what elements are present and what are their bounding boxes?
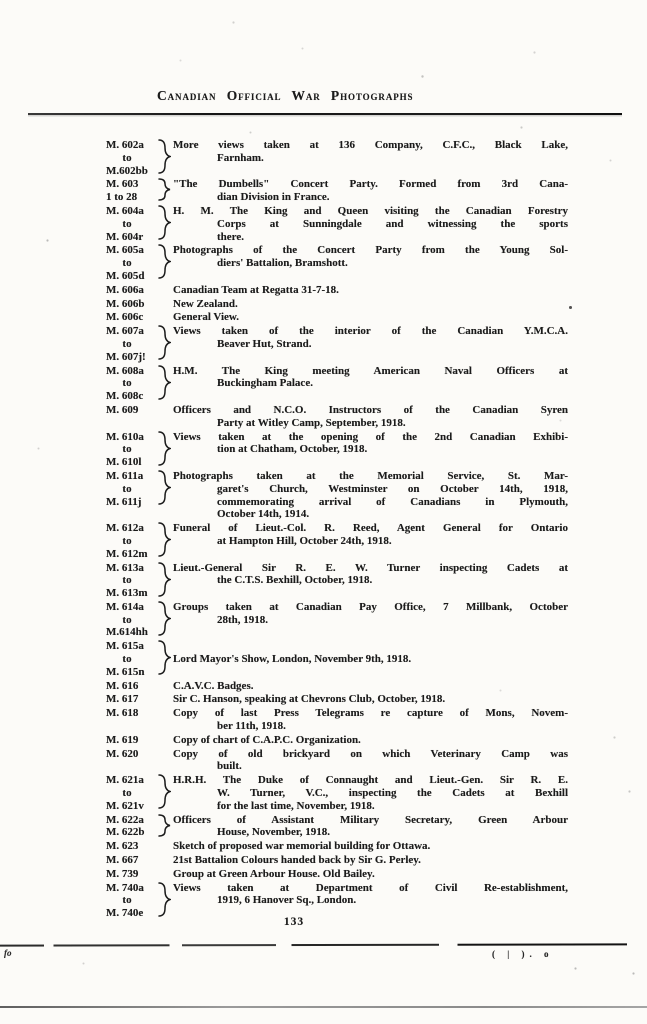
photo-ref: M. 623	[106, 840, 156, 853]
catalog-entry: M. 602atoM.602bbMore views taken at 136 …	[106, 139, 568, 177]
entry-description-line: Officers and N.C.O. Instructors of the C…	[173, 404, 568, 417]
photo-ref: M. 609	[106, 404, 156, 417]
photo-ref: M. 622a	[106, 814, 156, 827]
photo-number-column: M. 609	[106, 404, 156, 430]
catalog-entry: M. 614atoM.614hhGroups taken at Canadian…	[106, 601, 568, 639]
catalog-entry: M. 605atoM. 605dPhotographs of the Conce…	[106, 244, 568, 282]
entry-description: H.M. The King meeting American Naval Off…	[173, 365, 568, 403]
page-edge-line	[0, 1006, 647, 1008]
entry-description-line: More views taken at 136 Company, C.F.C.,…	[173, 139, 568, 152]
entry-description-line: dian Division in France.	[173, 191, 568, 204]
brace-column	[156, 640, 173, 678]
curly-brace-icon	[158, 640, 171, 675]
photo-ref: M. 613m	[106, 587, 156, 600]
entry-description-line: for the last time, November, 1918.	[173, 800, 568, 813]
entry-description-line: the C.T.S. Bexhill, October, 1918.	[173, 574, 568, 587]
photo-ref: to	[106, 338, 156, 351]
photo-number-column: M. 614atoM.614hh	[106, 601, 156, 639]
photo-ref: M. 613a	[106, 562, 156, 575]
photo-ref: M. 607j!	[106, 351, 156, 364]
entry-description-line: Sketch of proposed war memorial building…	[173, 840, 568, 853]
entry-description-line: H.R.H. The Duke of Connaught and Lieut.-…	[173, 774, 568, 787]
entry-description: Copy of last Press Telegrams re capture …	[173, 707, 568, 733]
photo-ref: M. 611a	[106, 470, 156, 483]
entry-description: Officers of Assistant Military Secretary…	[173, 814, 568, 840]
photo-number-column: M. 739	[106, 868, 156, 881]
photo-ref: M. 604a	[106, 205, 156, 218]
catalog-entry: M. 612atoM. 612mFuneral of Lieut.-Col. R…	[106, 522, 568, 560]
brace-column	[156, 693, 173, 706]
photo-ref: M. 612a	[106, 522, 156, 535]
catalog-entry: M. 607atoM. 607j!Views taken of the inte…	[106, 325, 568, 363]
entry-description-line: W. Turner, V.C., inspecting the Cadets a…	[173, 787, 568, 800]
photo-ref: M. 612m	[106, 548, 156, 561]
photo-ref: M. 604r	[106, 231, 156, 244]
photo-ref: M.602bb	[106, 165, 156, 178]
curly-brace-icon	[158, 601, 171, 636]
scanned-document-page: Canadian Official War Photographs M. 602…	[0, 0, 647, 1024]
photo-ref: 1 to 28	[106, 191, 156, 204]
catalog-entry: M. 609Officers and N.C.O. Instructors of…	[106, 404, 568, 430]
brace-column	[156, 562, 173, 600]
entry-description-line: General View.	[173, 311, 568, 324]
entry-description-line: Beaver Hut, Strand.	[173, 338, 568, 351]
entry-description: C.A.V.C. Badges.	[173, 680, 568, 693]
catalog-entry: M. 613atoM. 613mLieut.-General Sir R. E.…	[106, 562, 568, 600]
brace-column	[156, 774, 173, 812]
entry-description-line: Sir C. Hanson, speaking at Chevrons Club…	[173, 693, 568, 706]
entry-description: Sir C. Hanson, speaking at Chevrons Club…	[173, 693, 568, 706]
catalog-entry: M. 620Copy of old brickyard on which Vet…	[106, 748, 568, 774]
entry-description: Officers and N.C.O. Instructors of the C…	[173, 404, 568, 430]
photo-ref: M. 622b	[106, 826, 156, 839]
brace-column	[156, 284, 173, 297]
entry-description-line: Groups taken at Canadian Pay Office, 7 M…	[173, 601, 568, 614]
photo-number-column: M. 602atoM.602bb	[106, 139, 156, 177]
photo-ref: M.614hh	[106, 626, 156, 639]
brace-column	[156, 680, 173, 693]
curly-brace-icon	[158, 774, 171, 809]
catalog-entry: M. 604atoM. 604rH. M. The King and Queen…	[106, 205, 568, 243]
photo-ref: M. 607a	[106, 325, 156, 338]
page-title: Canadian Official War Photographs	[157, 88, 413, 104]
photo-number-column: M. 611atoM. 611j	[106, 470, 156, 521]
brace-column	[156, 522, 173, 560]
photo-ref: M. 608c	[106, 390, 156, 403]
corner-mark: fo	[4, 948, 12, 958]
curly-brace-icon	[158, 522, 171, 557]
entry-description: Views taken at Department of Civil Re-es…	[173, 882, 568, 920]
curly-brace-icon	[158, 139, 171, 174]
catalog-entry: M. 606cGeneral View.	[106, 311, 568, 324]
brace-column	[156, 854, 173, 867]
entry-description: H. M. The King and Queen visiting the Ca…	[173, 205, 568, 243]
curly-brace-icon	[158, 178, 171, 201]
stray-ink-marks: ( | ). o	[492, 949, 553, 959]
entry-description-line: C.A.V.C. Badges.	[173, 680, 568, 693]
catalog-entry: M. 618Copy of last Press Telegrams re ca…	[106, 707, 568, 733]
brace-column	[156, 205, 173, 243]
brace-column	[156, 325, 173, 363]
photo-ref: M. 606c	[106, 311, 156, 324]
entry-description: Copy of old brickyard on which Veterinar…	[173, 748, 568, 774]
photo-ref: to	[106, 894, 156, 907]
photo-ref: M. 618	[106, 707, 156, 720]
photo-ref: M. 610l	[106, 456, 156, 469]
entry-description-line: Funeral of Lieut.-Col. R. Reed, Agent Ge…	[173, 522, 568, 535]
photo-ref: to	[106, 614, 156, 627]
photo-ref: to	[106, 218, 156, 231]
entry-description-line: diers' Battalion, Bramshott.	[173, 257, 568, 270]
entry-description-line: H.M. The King meeting American Naval Off…	[173, 365, 568, 378]
entry-description: Views taken of the interior of the Canad…	[173, 325, 568, 363]
photo-ref: M. 602a	[106, 139, 156, 152]
photo-number-column: M. 613atoM. 613m	[106, 562, 156, 600]
entry-description-line: Views taken of the interior of the Canad…	[173, 325, 568, 338]
photo-number-column: M. 622aM. 622b	[106, 814, 156, 840]
entry-description-line: at Hampton Hill, October 24th, 1918.	[173, 535, 568, 548]
photo-ref: M. 603	[106, 178, 156, 191]
catalog-entry: M. 616C.A.V.C. Badges.	[106, 680, 568, 693]
photo-ref: M. 615n	[106, 666, 156, 679]
entry-description: H.R.H. The Duke of Connaught and Lieut.-…	[173, 774, 568, 812]
photo-number-column: M. 616	[106, 680, 156, 693]
catalog-entry: M. 619Copy of chart of C.A.P.C. Organiza…	[106, 734, 568, 747]
photo-ref: to	[106, 377, 156, 390]
photo-number-column: M. 619	[106, 734, 156, 747]
catalog-entry: M. 610atoM. 610lViews taken at the openi…	[106, 431, 568, 469]
curly-brace-icon	[158, 470, 171, 505]
entry-description: Photographs taken at the Memorial Servic…	[173, 470, 568, 521]
photo-ref: to	[106, 787, 156, 800]
entry-description-line: Farnham.	[173, 152, 568, 165]
photo-number-column: M. 605atoM. 605d	[106, 244, 156, 282]
brace-column	[156, 734, 173, 747]
entry-description-line: commemorating arrival of Canadians in Pl…	[173, 496, 568, 509]
brace-column	[156, 404, 173, 430]
brace-column	[156, 882, 173, 920]
photo-ref: to	[106, 443, 156, 456]
photo-number-column: M. 615atoM. 615n	[106, 640, 156, 678]
entry-description: Group at Green Arbour House. Old Bailey.	[173, 868, 568, 881]
curly-brace-icon	[158, 882, 171, 917]
photo-number-column: M. 740atoM. 740e	[106, 882, 156, 920]
catalog-entry: M. 606aCanadian Team at Regatta 31-7-18.	[106, 284, 568, 297]
photo-number-column: M. 606c	[106, 311, 156, 324]
photo-ref: M. 605d	[106, 270, 156, 283]
photo-ref: to	[106, 574, 156, 587]
photo-ref: M. 621v	[106, 800, 156, 813]
photo-ref: to	[106, 483, 156, 496]
entry-description-line: Photographs taken at the Memorial Servic…	[173, 470, 568, 483]
entry-description-line: Views taken at Department of Civil Re-es…	[173, 882, 568, 895]
photo-ref: M. 616	[106, 680, 156, 693]
photo-ref: M. 740a	[106, 882, 156, 895]
entry-description-line: Officers of Assistant Military Secretary…	[173, 814, 568, 827]
brace-column	[156, 868, 173, 881]
photo-number-column: M. 607atoM. 607j!	[106, 325, 156, 363]
photo-number-column: M. 606b	[106, 298, 156, 311]
curly-brace-icon	[158, 205, 171, 240]
entry-description: Lord Mayor's Show, London, November 9th,…	[173, 640, 568, 678]
entry-description: Funeral of Lieut.-Col. R. Reed, Agent Ge…	[173, 522, 568, 560]
photo-ref: M. 619	[106, 734, 156, 747]
brace-column	[156, 298, 173, 311]
photo-ref: M. 620	[106, 748, 156, 761]
brace-column	[156, 601, 173, 639]
photo-number-column: M. 621atoM. 621v	[106, 774, 156, 812]
photo-ref: to	[106, 152, 156, 165]
photo-ref: M. 739	[106, 868, 156, 881]
entry-description-line: there.	[173, 231, 568, 244]
brace-column	[156, 244, 173, 282]
brace-column	[156, 707, 173, 733]
entry-description-line: 21st Battalion Colours handed back by Si…	[173, 854, 568, 867]
catalog-entry: M. 611atoM. 611jPhotographs taken at the…	[106, 470, 568, 521]
photo-number-column: M. 6031 to 28	[106, 178, 156, 204]
photo-number-column: M. 608atoM. 608c	[106, 365, 156, 403]
entry-description: 21st Battalion Colours handed back by Si…	[173, 854, 568, 867]
photo-ref: to	[106, 257, 156, 270]
entry-description-line: October 14th, 1914.	[173, 508, 568, 521]
catalog-entry: M. 6031 to 28"The Dumbells" Concert Part…	[106, 178, 568, 204]
brace-column	[156, 311, 173, 324]
entry-description: Sketch of proposed war memorial building…	[173, 840, 568, 853]
photo-ref: M. 617	[106, 693, 156, 706]
catalog-entry: M. 622aM. 622bOfficers of Assistant Mili…	[106, 814, 568, 840]
photo-ref: M. 610a	[106, 431, 156, 444]
photo-ref: M. 615a	[106, 640, 156, 653]
entry-description-line: Copy of chart of C.A.P.C. Organization.	[173, 734, 568, 747]
entry-description: Groups taken at Canadian Pay Office, 7 M…	[173, 601, 568, 639]
photo-ref: M. 740e	[106, 907, 156, 920]
scan-tear-line	[0, 943, 627, 946]
brace-column	[156, 431, 173, 469]
photo-ref: M. 606b	[106, 298, 156, 311]
header-rule	[28, 113, 622, 115]
entry-description-line: 1919, 6 Hanover Sq., London.	[173, 894, 568, 907]
scan-noise-specks	[0, 0, 1, 1]
photo-number-column: M. 604atoM. 604r	[106, 205, 156, 243]
catalog-entry: M. 621atoM. 621vH.R.H. The Duke of Conna…	[106, 774, 568, 812]
brace-column	[156, 178, 173, 204]
entry-description-line: Photographs of the Concert Party from th…	[173, 244, 568, 257]
photo-ref: M. 667	[106, 854, 156, 867]
photo-number-column: M. 606a	[106, 284, 156, 297]
entry-description-line: Lieut.-General Sir R. E. W. Turner inspe…	[173, 562, 568, 575]
catalog-entry: M. 608atoM. 608cH.M. The King meeting Am…	[106, 365, 568, 403]
brace-column	[156, 139, 173, 177]
curly-brace-icon	[158, 244, 171, 279]
photo-ref: M. 606a	[106, 284, 156, 297]
entry-description-line: tion at Chatham, October, 1918.	[173, 443, 568, 456]
entry-description-line: Buckingham Palace.	[173, 377, 568, 390]
entry-description: General View.	[173, 311, 568, 324]
entry-description-line: built.	[173, 760, 568, 773]
entry-description-line: Copy of last Press Telegrams re capture …	[173, 707, 568, 720]
photo-ref: to	[106, 535, 156, 548]
catalog-entry: M. 606bNew Zealand.	[106, 298, 568, 311]
entry-description: More views taken at 136 Company, C.F.C.,…	[173, 139, 568, 177]
entry-description-line: 28th, 1918.	[173, 614, 568, 627]
photo-number-column: M. 617	[106, 693, 156, 706]
entry-description-line: Group at Green Arbour House. Old Bailey.	[173, 868, 568, 881]
entry-description: Photographs of the Concert Party from th…	[173, 244, 568, 282]
entry-description: Lieut.-General Sir R. E. W. Turner inspe…	[173, 562, 568, 600]
page-number: 133	[276, 916, 312, 928]
photo-ref: M. 608a	[106, 365, 156, 378]
curly-brace-icon	[158, 365, 171, 400]
entry-description-line: H. M. The King and Queen visiting the Ca…	[173, 205, 568, 218]
entry-description: "The Dumbells" Concert Party. Formed fro…	[173, 178, 568, 204]
catalog-entry: M. 617Sir C. Hanson, speaking at Chevron…	[106, 693, 568, 706]
curly-brace-icon	[158, 562, 171, 597]
entry-description-line: New Zealand.	[173, 298, 568, 311]
brace-column	[156, 470, 173, 521]
photo-ref: M. 621a	[106, 774, 156, 787]
entry-description: Canadian Team at Regatta 31-7-18.	[173, 284, 568, 297]
photo-number-column: M. 623	[106, 840, 156, 853]
curly-brace-icon	[158, 325, 171, 360]
catalog-entry: M. 739Group at Green Arbour House. Old B…	[106, 868, 568, 881]
catalog-entry: M. 615atoM. 615nLord Mayor's Show, Londo…	[106, 640, 568, 678]
brace-column	[156, 365, 173, 403]
brace-column	[156, 840, 173, 853]
brace-column	[156, 814, 173, 840]
entry-description-line: Corps at Sunningdale and witnessing the …	[173, 218, 568, 231]
entry-description: Views taken at the opening of the 2nd Ca…	[173, 431, 568, 469]
photo-number-column: M. 618	[106, 707, 156, 733]
photo-number-column: M. 667	[106, 854, 156, 867]
brace-column	[156, 748, 173, 774]
photo-ref: M. 605a	[106, 244, 156, 257]
catalog-entry: M. 623Sketch of proposed war memorial bu…	[106, 840, 568, 853]
curly-brace-icon	[158, 431, 171, 466]
entry-description: New Zealand.	[173, 298, 568, 311]
entry-description-line: Views taken at the opening of the 2nd Ca…	[173, 431, 568, 444]
photo-ref: to	[106, 653, 156, 666]
photo-ref: M. 614a	[106, 601, 156, 614]
entry-description-line: "The Dumbells" Concert Party. Formed fro…	[173, 178, 568, 191]
photo-catalog-list: M. 602atoM.602bbMore views taken at 136 …	[106, 139, 568, 921]
photo-ref: M. 611j	[106, 496, 156, 509]
entry-description-line: ber 11th, 1918.	[173, 720, 568, 733]
entry-description-line: Canadian Team at Regatta 31-7-18.	[173, 284, 568, 297]
photo-number-column: M. 610atoM. 610l	[106, 431, 156, 469]
entry-description-line: Copy of old brickyard on which Veterinar…	[173, 748, 568, 761]
entry-description: Copy of chart of C.A.P.C. Organization.	[173, 734, 568, 747]
catalog-entry: M. 66721st Battalion Colours handed back…	[106, 854, 568, 867]
photo-number-column: M. 620	[106, 748, 156, 774]
entry-description-line: garet's Church, Westminster on October 1…	[173, 483, 568, 496]
catalog-entry: M. 740atoM. 740eViews taken at Departmen…	[106, 882, 568, 920]
entry-description-line: Lord Mayor's Show, London, November 9th,…	[173, 653, 568, 666]
photo-number-column: M. 612atoM. 612m	[106, 522, 156, 560]
entry-description-line: House, November, 1918.	[173, 826, 568, 839]
entry-description-line: Party at Witley Camp, September, 1918.	[173, 417, 568, 430]
curly-brace-icon	[158, 814, 171, 837]
